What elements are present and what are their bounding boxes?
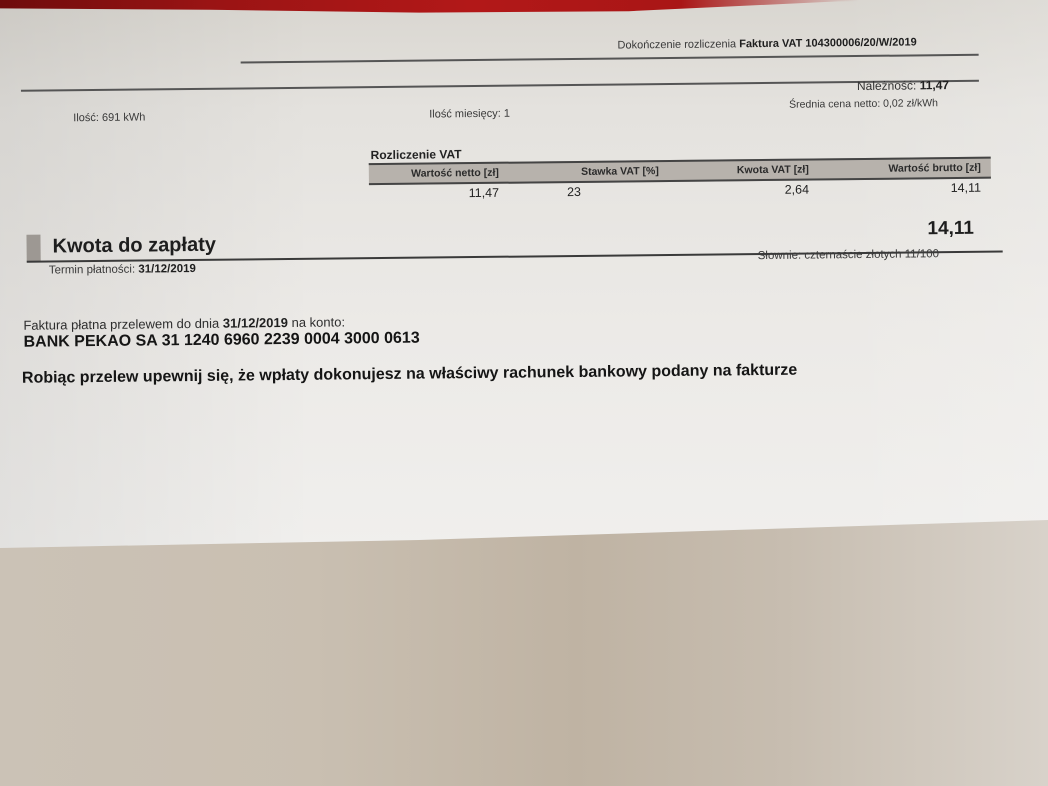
- slownie: Słownie: czternaście złotych 11/100: [758, 248, 939, 262]
- ilosc-label: Ilość:: [73, 112, 99, 124]
- amount-due-value: 14,11: [927, 218, 974, 240]
- header-underline: [241, 54, 979, 63]
- transfer-prefix: Faktura płatna przelewem do dnia: [23, 316, 219, 333]
- header-divider: [21, 80, 979, 92]
- header-prefix: Dokończenie rozliczenia: [617, 38, 736, 51]
- naleznosc-label: Należność:: [857, 78, 917, 93]
- transfer-warning: Robiąc przelew upewnij się, że wpłaty do…: [22, 362, 797, 388]
- termin-label: Termin płatności:: [49, 264, 135, 277]
- invoice-header: Dokończenie rozliczenia Faktura VAT 1043…: [617, 36, 916, 51]
- amount-due-title: Kwota do zapłaty: [52, 234, 216, 259]
- termin-platnosci: Termin płatności: 31/12/2019: [49, 263, 196, 277]
- ilosc-miesiecy: Ilość miesięcy: 1: [429, 108, 510, 121]
- srednia-label: Średnia cena netto:: [789, 98, 880, 111]
- column-header: Stawka VAT [%]: [509, 165, 669, 179]
- termin-value: 31/12/2019: [138, 263, 196, 276]
- vat-table: Rozliczenie VAT Wartość netto [zł] Stawk…: [369, 142, 992, 204]
- section-marker: [26, 235, 40, 262]
- invoice-document: Dokończenie rozliczenia Faktura VAT 1043…: [0, 0, 1048, 550]
- naleznosc: Należność: 11,47: [857, 78, 949, 93]
- miesiecy-label: Ilość miesięcy:: [429, 108, 501, 121]
- srednia-cena: Średnia cena netto: 0,02 zł/kWh: [789, 97, 938, 111]
- ilosc: Ilość: 691 kWh: [73, 111, 145, 124]
- naleznosc-value: 11,47: [920, 78, 950, 92]
- miesiecy-value: 1: [504, 108, 510, 120]
- cell-brutto: 14,11: [819, 181, 991, 197]
- invoice-number: Faktura VAT 104300006/20/W/2019: [739, 36, 917, 50]
- column-header: Kwota VAT [zł]: [669, 163, 819, 177]
- transfer-date: 31/12/2019: [223, 315, 288, 331]
- cell-kwota-vat: 2,64: [669, 182, 819, 198]
- ilosc-value: 691 kWh: [102, 111, 146, 123]
- transfer-suffix: na konto:: [291, 314, 345, 330]
- column-header: Wartość brutto [zł]: [819, 162, 991, 176]
- column-header: Wartość netto [zł]: [369, 167, 509, 180]
- srednia-value: 0,02 zł/kWh: [883, 97, 938, 110]
- cell-netto: 11,47: [369, 186, 509, 201]
- cell-stawka: 23: [509, 184, 669, 200]
- bank-account: BANK PEKAO SA 31 1240 6960 2239 0004 300…: [23, 330, 419, 352]
